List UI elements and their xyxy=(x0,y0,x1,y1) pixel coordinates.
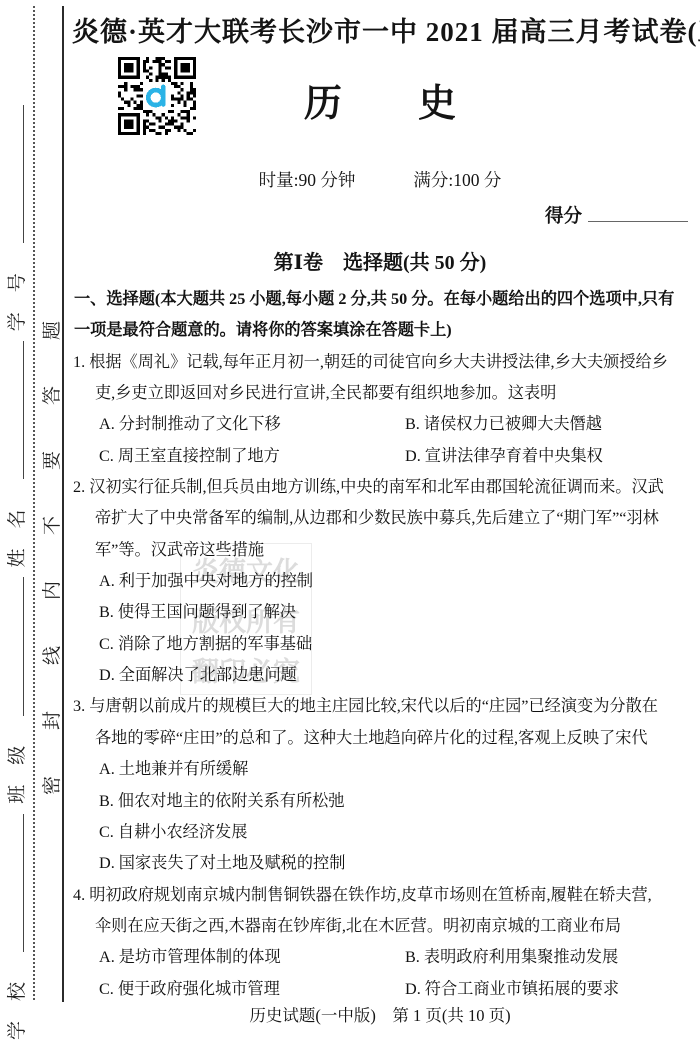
option-row: C. 周王室直接控制了地方D. 宣讲法律孕育着中央集权 xyxy=(0,441,700,472)
section-title: 第Ⅰ卷 选择题(共 50 分) xyxy=(72,246,688,275)
score-box: 得分 xyxy=(545,202,688,228)
line-text: 军”等。汉武帝这些措施 xyxy=(95,541,264,559)
option-row: A. 是坊市管理体制的体现B. 表明政府利用集聚推动发展 xyxy=(0,942,700,973)
line-text: 一、选择题(本大题共 25 小题,每小题 2 分,共 50 分。在每小题给出的四… xyxy=(74,290,674,308)
option-row: C. 消除了地方割据的军事基础 xyxy=(0,629,700,660)
option-row: C. 自耕小农经济发展 xyxy=(0,817,700,848)
instruction-line: 一项是最符合题意的。请将你的答案填涂在答题卡上) xyxy=(0,315,700,346)
score-blank-line xyxy=(588,203,688,222)
page-footer: 历史试题(一中版) 第 1 页(共 10 页) xyxy=(72,1002,688,1026)
line-text: B. 佃农对地主的依附关系有所松弛 xyxy=(99,792,345,810)
line-text: A. 是坊市管理体制的体现 xyxy=(99,948,281,966)
line-text-col2: B. 诸侯权力已被卿大夫僭越 xyxy=(405,409,602,440)
option-row: A. 土地兼并有所缓解 xyxy=(0,754,700,785)
line-text: 一项是最符合题意的。请将你的答案填涂在答题卡上) xyxy=(74,321,452,339)
line-text-col2: B. 表明政府利用集聚推动发展 xyxy=(405,942,618,973)
option-row: D. 全面解决了北部边患问题 xyxy=(0,660,700,691)
exam-title: 炎德·英才大联考长沙市一中 2021 届高三月考试卷(三) xyxy=(72,10,688,49)
question-line: 吏,乡吏立即返回对乡民进行宣讲,全民都要有组织地参加。这表明 xyxy=(0,378,700,409)
line-text: C. 便于政府强化城市管理 xyxy=(99,980,280,998)
line-text: D. 全面解决了北部边患问题 xyxy=(99,666,297,684)
line-text: A. 利于加强中央对地方的控制 xyxy=(99,572,313,590)
line-text: D. 国家丧失了对土地及赋税的控制 xyxy=(99,854,345,872)
line-text: 2. 汉初实行征兵制,但兵员由地方训练,中央的南军和北军由郡国轮流征调而来。汉武 xyxy=(73,478,664,496)
question-line: 1. 根据《周礼》记载,每年正月初一,朝廷的司徒官向乡大夫讲授法律,乡大夫颁授给… xyxy=(0,347,700,378)
line-text: C. 自耕小农经济发展 xyxy=(99,823,247,841)
line-text: 伞则在应天街之西,木器南在钞库街,北在木匠营。明初南京城的工商业布局 xyxy=(95,917,621,935)
option-row: D. 国家丧失了对土地及赋税的控制 xyxy=(0,848,700,879)
line-text: A. 土地兼并有所缓解 xyxy=(99,760,248,778)
line-text-col2: D. 符合工商业市镇拓展的要求 xyxy=(405,974,619,1005)
line-text: 吏,乡吏立即返回对乡民进行宣讲,全民都要有组织地参加。这表明 xyxy=(95,384,556,402)
question-line: 各地的零碎“庄田”的总和了。这种大土地趋向碎片化的过程,客观上反映了宋代 xyxy=(0,723,700,754)
student-field-blank xyxy=(21,105,24,243)
line-text: 4. 明初政府规划南京城内制售铜铁器在铁作坊,皮草市场则在笪桥南,履鞋在轿夫营, xyxy=(73,886,652,904)
duration-label: 时量:90 分钟 xyxy=(259,167,356,192)
line-text: C. 周王室直接控制了地方 xyxy=(99,447,280,465)
question-line: 3. 与唐朝以前成片的规模巨大的地主庄园比较,宋代以后的“庄园”已经演变为分散在 xyxy=(0,691,700,722)
question-body: 一、选择题(本大题共 25 小题,每小题 2 分,共 50 分。在每小题给出的四… xyxy=(0,284,700,1005)
full-score-label: 满分:100 分 xyxy=(413,167,501,192)
option-row: A. 分封制推动了文化下移B. 诸侯权力已被卿大夫僭越 xyxy=(0,409,700,440)
score-label: 得分 xyxy=(545,205,582,226)
question-line: 4. 明初政府规划南京城内制售铜铁器在铁作坊,皮草市场则在笪桥南,履鞋在轿夫营, xyxy=(0,880,700,911)
line-text: C. 消除了地方割据的军事基础 xyxy=(99,635,312,653)
option-row: C. 便于政府强化城市管理D. 符合工商业市镇拓展的要求 xyxy=(0,974,700,1005)
line-text: 各地的零碎“庄田”的总和了。这种大土地趋向碎片化的过程,客观上反映了宋代 xyxy=(95,729,648,747)
line-text: A. 分封制推动了文化下移 xyxy=(99,415,281,433)
line-text-col2: D. 宣讲法律孕育着中央集权 xyxy=(405,441,603,472)
option-row: A. 利于加强中央对地方的控制 xyxy=(0,566,700,597)
line-text: 1. 根据《周礼》记载,每年正月初一,朝廷的司徒官向乡大夫讲授法律,乡大夫颁授给… xyxy=(73,353,668,371)
option-row: B. 使得王国问题得到了解决 xyxy=(0,597,700,628)
line-text: B. 使得王国问题得到了解决 xyxy=(99,603,296,621)
instruction-line: 一、选择题(本大题共 25 小题,每小题 2 分,共 50 分。在每小题给出的四… xyxy=(0,284,700,315)
subject-title: 历 史 xyxy=(72,72,688,127)
exam-paper-page: { "header": { "title": "炎德·英才大联考长沙市一中 20… xyxy=(0,0,700,1049)
option-row: B. 佃农对地主的依附关系有所松弛 xyxy=(0,786,700,817)
question-line: 军”等。汉武帝这些措施 xyxy=(0,535,700,566)
question-line: 帝扩大了中央常备军的编制,从边郡和少数民族中募兵,先后建立了“期门军”“羽林 xyxy=(0,503,700,534)
line-text: 帝扩大了中央常备军的编制,从边郡和少数民族中募兵,先后建立了“期门军”“羽林 xyxy=(95,509,659,527)
exam-info-row: 时量:90 分钟 满分:100 分 xyxy=(72,167,688,192)
question-line: 伞则在应天街之西,木器南在钞库街,北在木匠营。明初南京城的工商业布局 xyxy=(0,911,700,942)
line-text: 3. 与唐朝以前成片的规模巨大的地主庄园比较,宋代以后的“庄园”已经演变为分散在 xyxy=(73,697,658,715)
question-line: 2. 汉初实行征兵制,但兵员由地方训练,中央的南军和北军由郡国轮流征调而来。汉武 xyxy=(0,472,700,503)
